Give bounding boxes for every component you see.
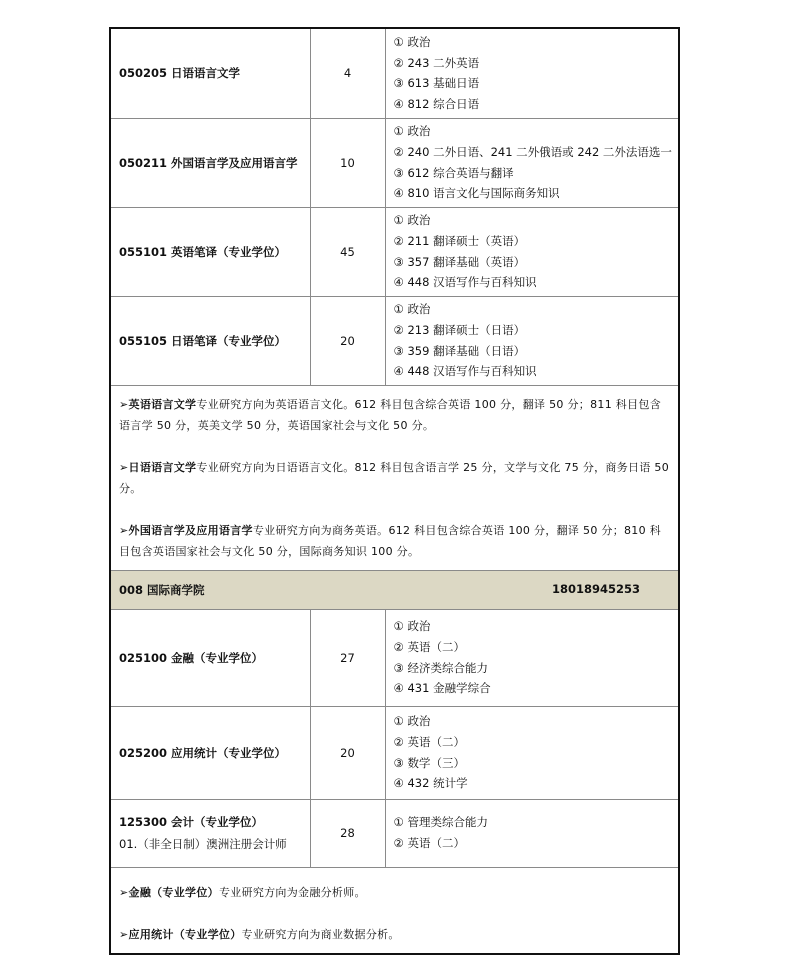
subject-item: ② 213 翻译硕士（日语） [394,320,679,341]
subject-item: ① 政治 [394,32,679,53]
subjects-cell: ① 政治 ② 213 翻译硕士（日语） ③ 359 翻译基础（日语） ④ 448… [385,296,679,385]
note-title: 外国语言学及应用语言学 [129,524,253,537]
table-row: 025100 金融（专业学位） 27 ① 政治 ② 英语（二） ③ 经济类综合能… [110,609,679,706]
major-cell: 125300 会计（专业学位） 01.（非全日制）澳洲注册会计师 [110,799,310,867]
subjects-cell: ① 管理类综合能力 ② 英语（二） [385,799,679,867]
quota-cell: 20 [310,706,385,799]
subject-item: ③ 359 翻译基础（日语） [394,341,679,362]
note-item: ➢应用统计（专业学位）专业研究方向为商业数据分析。 [119,924,670,945]
subject-item: ④ 448 汉语写作与百科知识 [394,361,679,382]
subject-item: ② 240 二外日语、241 二外俄语或 242 二外法语选一 [394,142,679,163]
note-item: ➢金融（专业学位）专业研究方向为金融分析师。 [119,882,670,903]
quota-cell: 27 [310,609,385,706]
subject-item: ④ 810 语言文化与国际商务知识 [394,183,679,204]
notes-row: ➢英语语言文学专业研究方向为英语语言文化。612 科目包含综合英语 100 分，… [110,385,679,570]
note-title: 日语语言文学 [129,461,197,474]
note-text: 专业研究方向为英语语言文化。612 科目包含综合英语 100 分，翻译 50 分… [119,398,661,432]
subject-item: ② 211 翻译硕士（英语） [394,231,679,252]
school-header-cell: 008 国际商学院 18018945253 [110,570,679,609]
quota-cell: 28 [310,799,385,867]
major-title: 125300 会计（专业学位） [119,815,263,829]
table-row: 125300 会计（专业学位） 01.（非全日制）澳洲注册会计师 28 ① 管理… [110,799,679,867]
subject-item: ② 英语（二） [394,833,679,854]
subject-item: ③ 数学（三） [394,753,679,774]
note-item: ➢外国语言学及应用语言学专业研究方向为商务英语。612 科目包含综合英语 100… [119,520,670,562]
arrow-bullet-icon: ➢ [119,928,129,941]
subject-item: ① 政治 [394,299,679,320]
subject-item: ① 政治 [394,616,679,637]
note-text: 专业研究方向为商业数据分析。 [242,928,400,941]
note-item: ➢日语语言文学专业研究方向为日语语言文化。812 科目包含语言学 25 分，文学… [119,457,670,499]
table-row: 050205 日语语言文学 4 ① 政治 ② 243 二外英语 ③ 613 基础… [110,28,679,118]
major-cell: 025100 金融（专业学位） [110,609,310,706]
major-cell: 055105 日语笔译（专业学位） [110,296,310,385]
table-row: 050211 外国语言学及应用语言学 10 ① 政治 ② 240 二外日语、24… [110,118,679,207]
subject-item: ① 政治 [394,210,679,231]
arrow-bullet-icon: ➢ [119,461,129,474]
table-row: 055101 英语笔译（专业学位） 45 ① 政治 ② 211 翻译硕士（英语）… [110,207,679,296]
subject-item: ① 管理类综合能力 [394,812,679,833]
notes-cell: ➢金融（专业学位）专业研究方向为金融分析师。 ➢应用统计（专业学位）专业研究方向… [110,867,679,954]
subject-item: ④ 432 统计学 [394,773,679,794]
quota-cell: 4 [310,28,385,118]
subject-item: ④ 812 综合日语 [394,94,679,115]
quota-cell: 45 [310,207,385,296]
arrow-bullet-icon: ➢ [119,886,129,899]
quota-cell: 20 [310,296,385,385]
subject-item: ④ 448 汉语写作与百科知识 [394,272,679,293]
school-phone: 18018945253 [552,582,640,598]
school-header-row: 008 国际商学院 18018945253 [110,570,679,609]
subject-item: ③ 613 基础日语 [394,73,679,94]
school-name: 008 国际商学院 [119,582,205,598]
major-cell: 055101 英语笔译（专业学位） [110,207,310,296]
admissions-table: 050205 日语语言文学 4 ① 政治 ② 243 二外英语 ③ 613 基础… [109,27,680,955]
note-title: 应用统计（专业学位） [129,928,242,941]
major-cell: 050211 外国语言学及应用语言学 [110,118,310,207]
subject-item: ③ 357 翻译基础（英语） [394,252,679,273]
note-title: 英语语言文学 [129,398,197,411]
subject-item: ② 英语（二） [394,732,679,753]
subject-item: ③ 经济类综合能力 [394,658,679,679]
subjects-cell: ① 政治 ② 243 二外英语 ③ 613 基础日语 ④ 812 综合日语 [385,28,679,118]
table-row: 055105 日语笔译（专业学位） 20 ① 政治 ② 213 翻译硕士（日语）… [110,296,679,385]
subjects-cell: ① 政治 ② 英语（二） ③ 数学（三） ④ 432 统计学 [385,706,679,799]
subjects-cell: ① 政治 ② 英语（二） ③ 经济类综合能力 ④ 431 金融学综合 [385,609,679,706]
subject-item: ① 政治 [394,121,679,142]
notes-cell: ➢英语语言文学专业研究方向为英语语言文化。612 科目包含综合英语 100 分，… [110,385,679,570]
major-cell: 025200 应用统计（专业学位） [110,706,310,799]
arrow-bullet-icon: ➢ [119,524,129,537]
note-text: 专业研究方向为日语语言文化。812 科目包含语言学 25 分，文学与文化 75 … [119,461,669,495]
notes-row: ➢金融（专业学位）专业研究方向为金融分析师。 ➢应用统计（专业学位）专业研究方向… [110,867,679,954]
subject-item: ① 政治 [394,711,679,732]
subject-item: ② 英语（二） [394,637,679,658]
subject-item: ② 243 二外英语 [394,53,679,74]
subjects-cell: ① 政治 ② 240 二外日语、241 二外俄语或 242 二外法语选一 ③ 6… [385,118,679,207]
note-title: 金融（专业学位） [129,886,219,899]
table-row: 025200 应用统计（专业学位） 20 ① 政治 ② 英语（二） ③ 数学（三… [110,706,679,799]
subjects-cell: ① 政治 ② 211 翻译硕士（英语） ③ 357 翻译基础（英语） ④ 448… [385,207,679,296]
subject-item: ④ 431 金融学综合 [394,678,679,699]
quota-cell: 10 [310,118,385,207]
subject-item: ③ 612 综合英语与翻译 [394,163,679,184]
major-cell: 050205 日语语言文学 [110,28,310,118]
major-sub-direction: 01.（非全日制）澳洲注册会计师 [119,836,310,852]
arrow-bullet-icon: ➢ [119,398,129,411]
note-text: 专业研究方向为金融分析师。 [219,886,366,899]
note-item: ➢英语语言文学专业研究方向为英语语言文化。612 科目包含综合英语 100 分，… [119,394,670,436]
